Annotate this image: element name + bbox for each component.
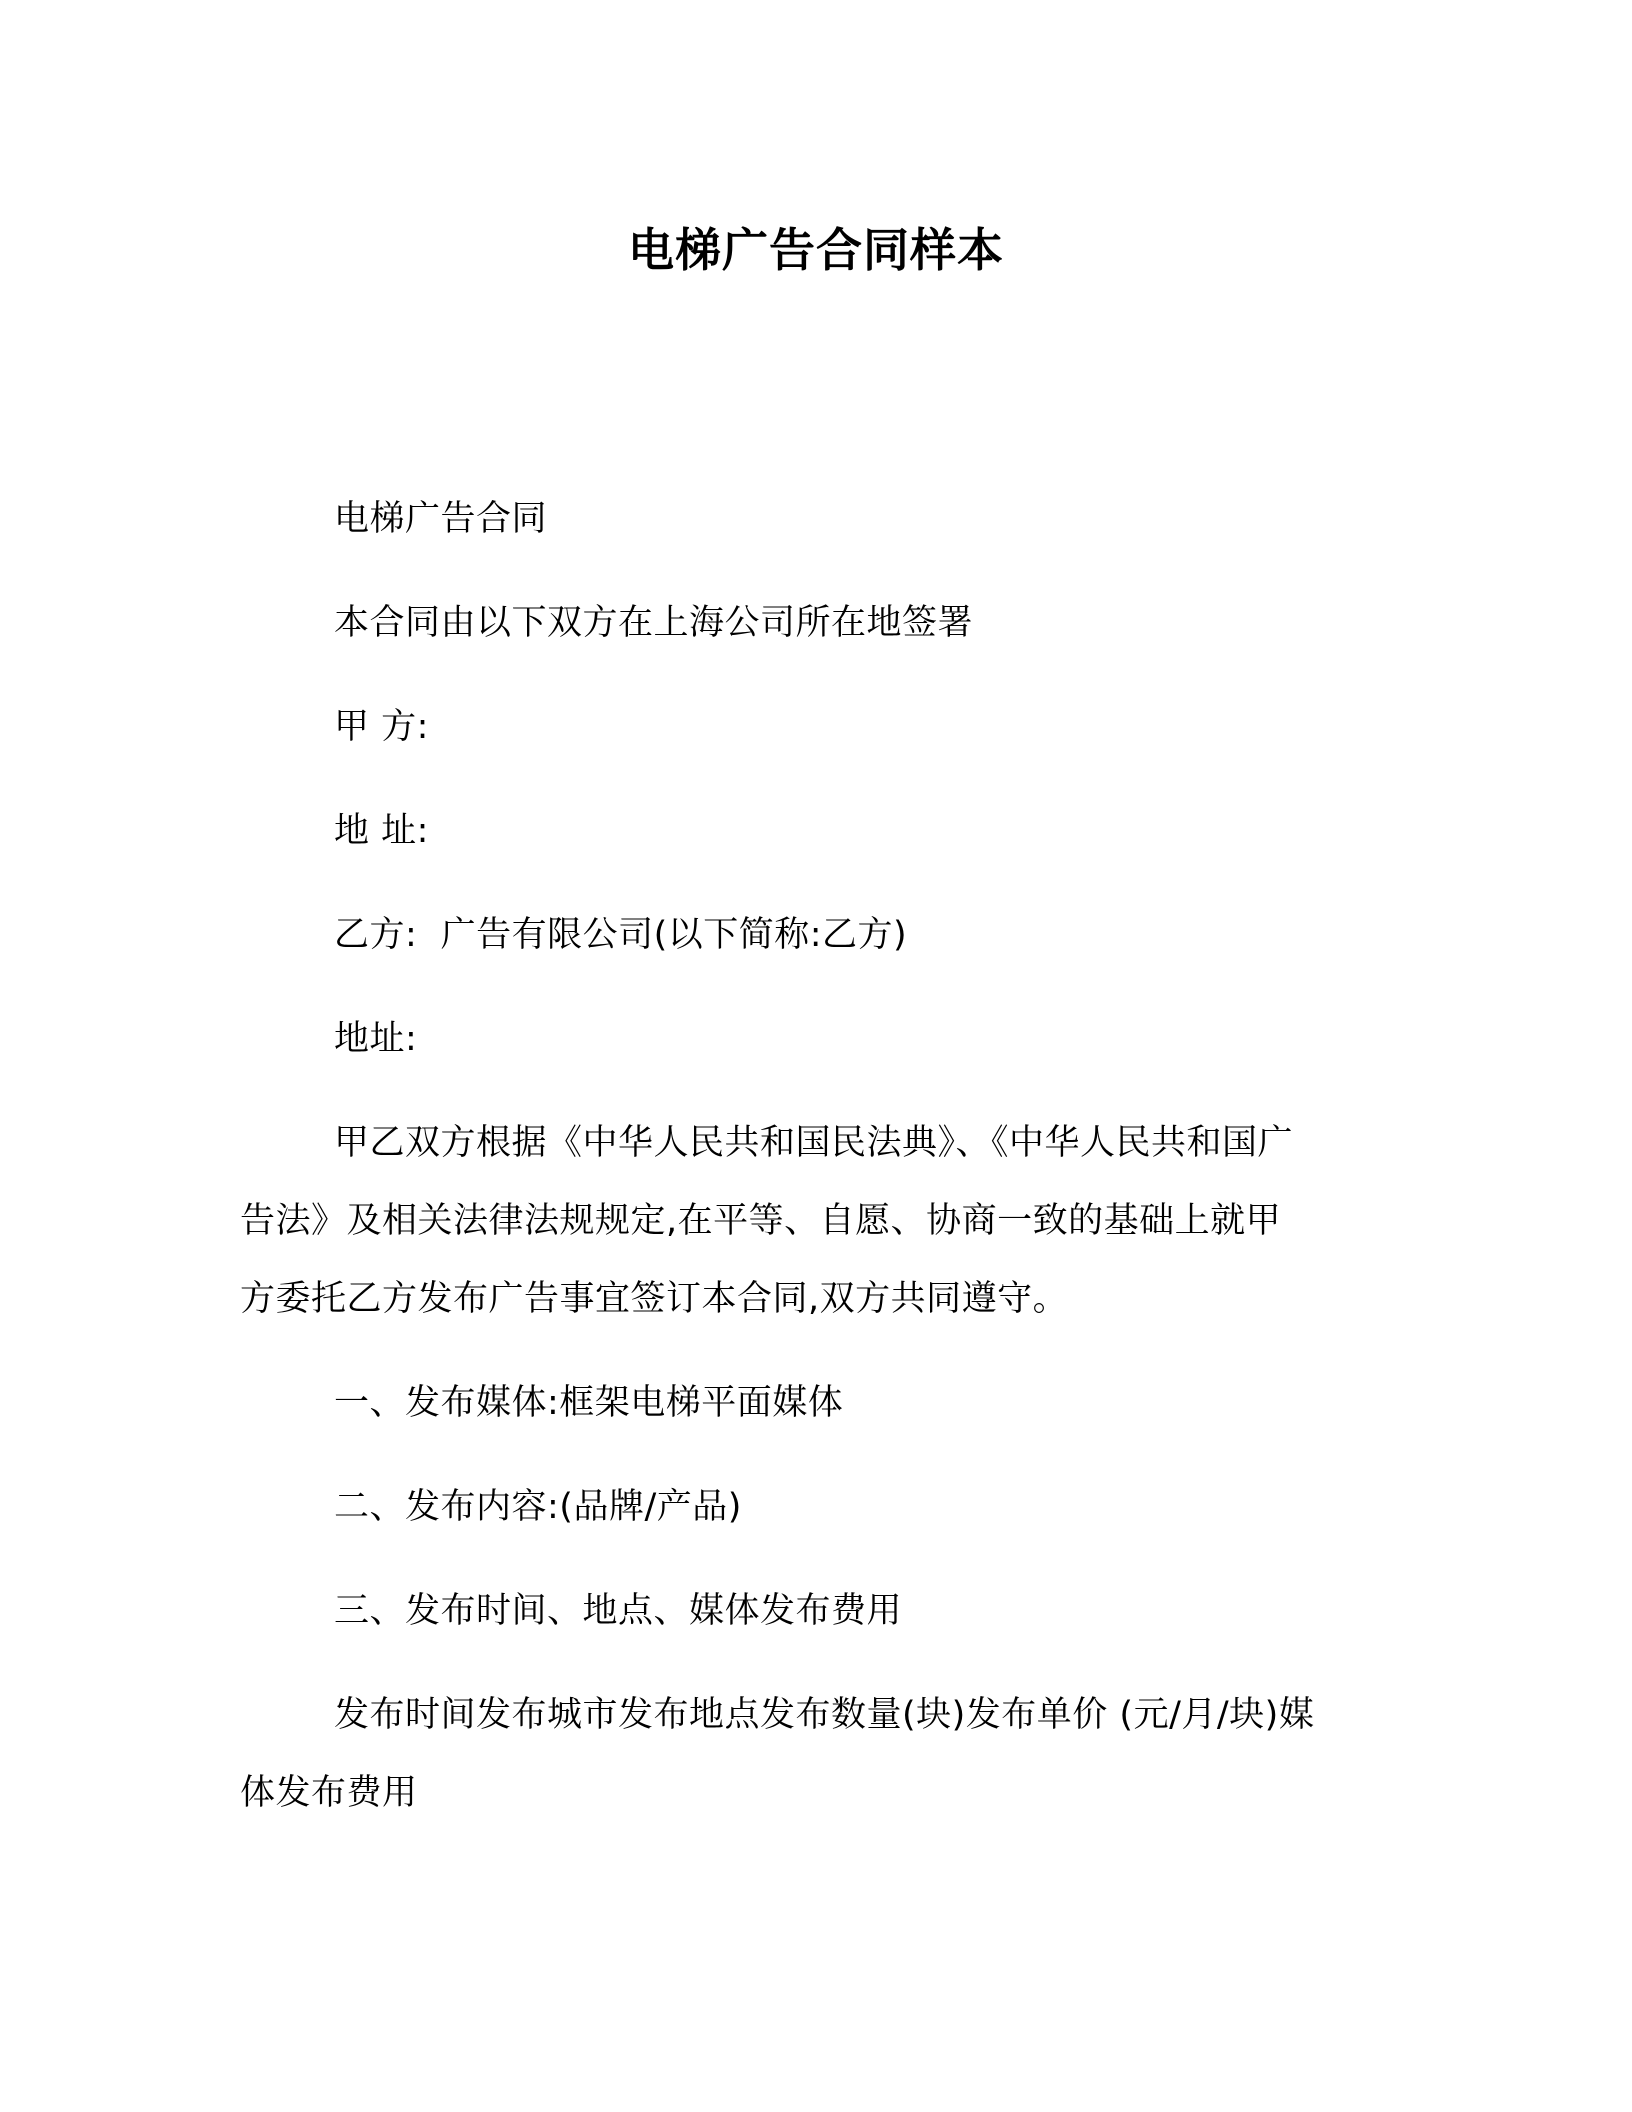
preamble-line-2: 告法》及相关法律法规规定,在平等、自愿、协商一致的基础上就甲 bbox=[240, 1182, 1390, 1260]
section-1: 一、发布媒体:框架电梯平面媒体 bbox=[334, 1364, 1484, 1442]
party-a-line: 甲 方: bbox=[334, 688, 1484, 766]
preamble-paragraph: 甲乙双方根据《中华人民共和国民法典》、《中华人民共和国广 告法》及相关法律法规规… bbox=[240, 1104, 1390, 1338]
fee-header-line-1: 发布时间发布城市发布地点发布数量(块)发布单价 (元/月/块)媒 bbox=[240, 1676, 1390, 1754]
party-a-label: 甲 方: bbox=[334, 707, 429, 747]
party-b-value: 广告有限公司(以下简称:乙方) bbox=[441, 915, 908, 955]
fee-table-header-paragraph: 发布时间发布城市发布地点发布数量(块)发布单价 (元/月/块)媒 体发布费用 bbox=[240, 1676, 1390, 1832]
section-1-number: 一、 bbox=[334, 1383, 405, 1423]
contract-intro: 本合同由以下双方在上海公司所在地签署 bbox=[334, 584, 1484, 662]
document-title: 电梯广告合同样本 bbox=[0, 222, 1632, 278]
preamble-line-1: 甲乙双方根据《中华人民共和国民法典》、《中华人民共和国广 bbox=[240, 1104, 1390, 1182]
section-1-text: 发布媒体:框架电梯平面媒体 bbox=[405, 1383, 843, 1423]
contract-heading: 电梯广告合同 bbox=[334, 480, 1484, 558]
section-2: 二、发布内容:(品牌/产品) bbox=[334, 1468, 1484, 1546]
party-b-address-line: 地址: bbox=[334, 1000, 1484, 1078]
party-a-address-line: 地 址: bbox=[334, 792, 1484, 870]
document-page: 电梯广告合同样本 电梯广告合同 本合同由以下双方在上海公司所在地签署 甲 方: … bbox=[0, 0, 1632, 2112]
section-2-text: 发布内容:(品牌/产品) bbox=[405, 1487, 742, 1527]
party-b-address-label: 地址: bbox=[334, 1019, 417, 1059]
section-3-number: 三、 bbox=[334, 1591, 405, 1631]
party-b-label: 乙方: bbox=[334, 915, 417, 955]
section-3-text: 发布时间、地点、媒体发布费用 bbox=[405, 1591, 902, 1631]
fee-header-line-2: 体发布费用 bbox=[240, 1754, 1390, 1832]
party-a-address-label: 地 址: bbox=[334, 811, 429, 851]
section-3: 三、发布时间、地点、媒体发布费用 bbox=[334, 1572, 1484, 1650]
section-2-number: 二、 bbox=[334, 1487, 405, 1527]
party-b-line: 乙方: 广告有限公司(以下简称:乙方) bbox=[334, 896, 1484, 974]
preamble-line-3: 方委托乙方发布广告事宜签订本合同,双方共同遵守。 bbox=[240, 1260, 1390, 1338]
